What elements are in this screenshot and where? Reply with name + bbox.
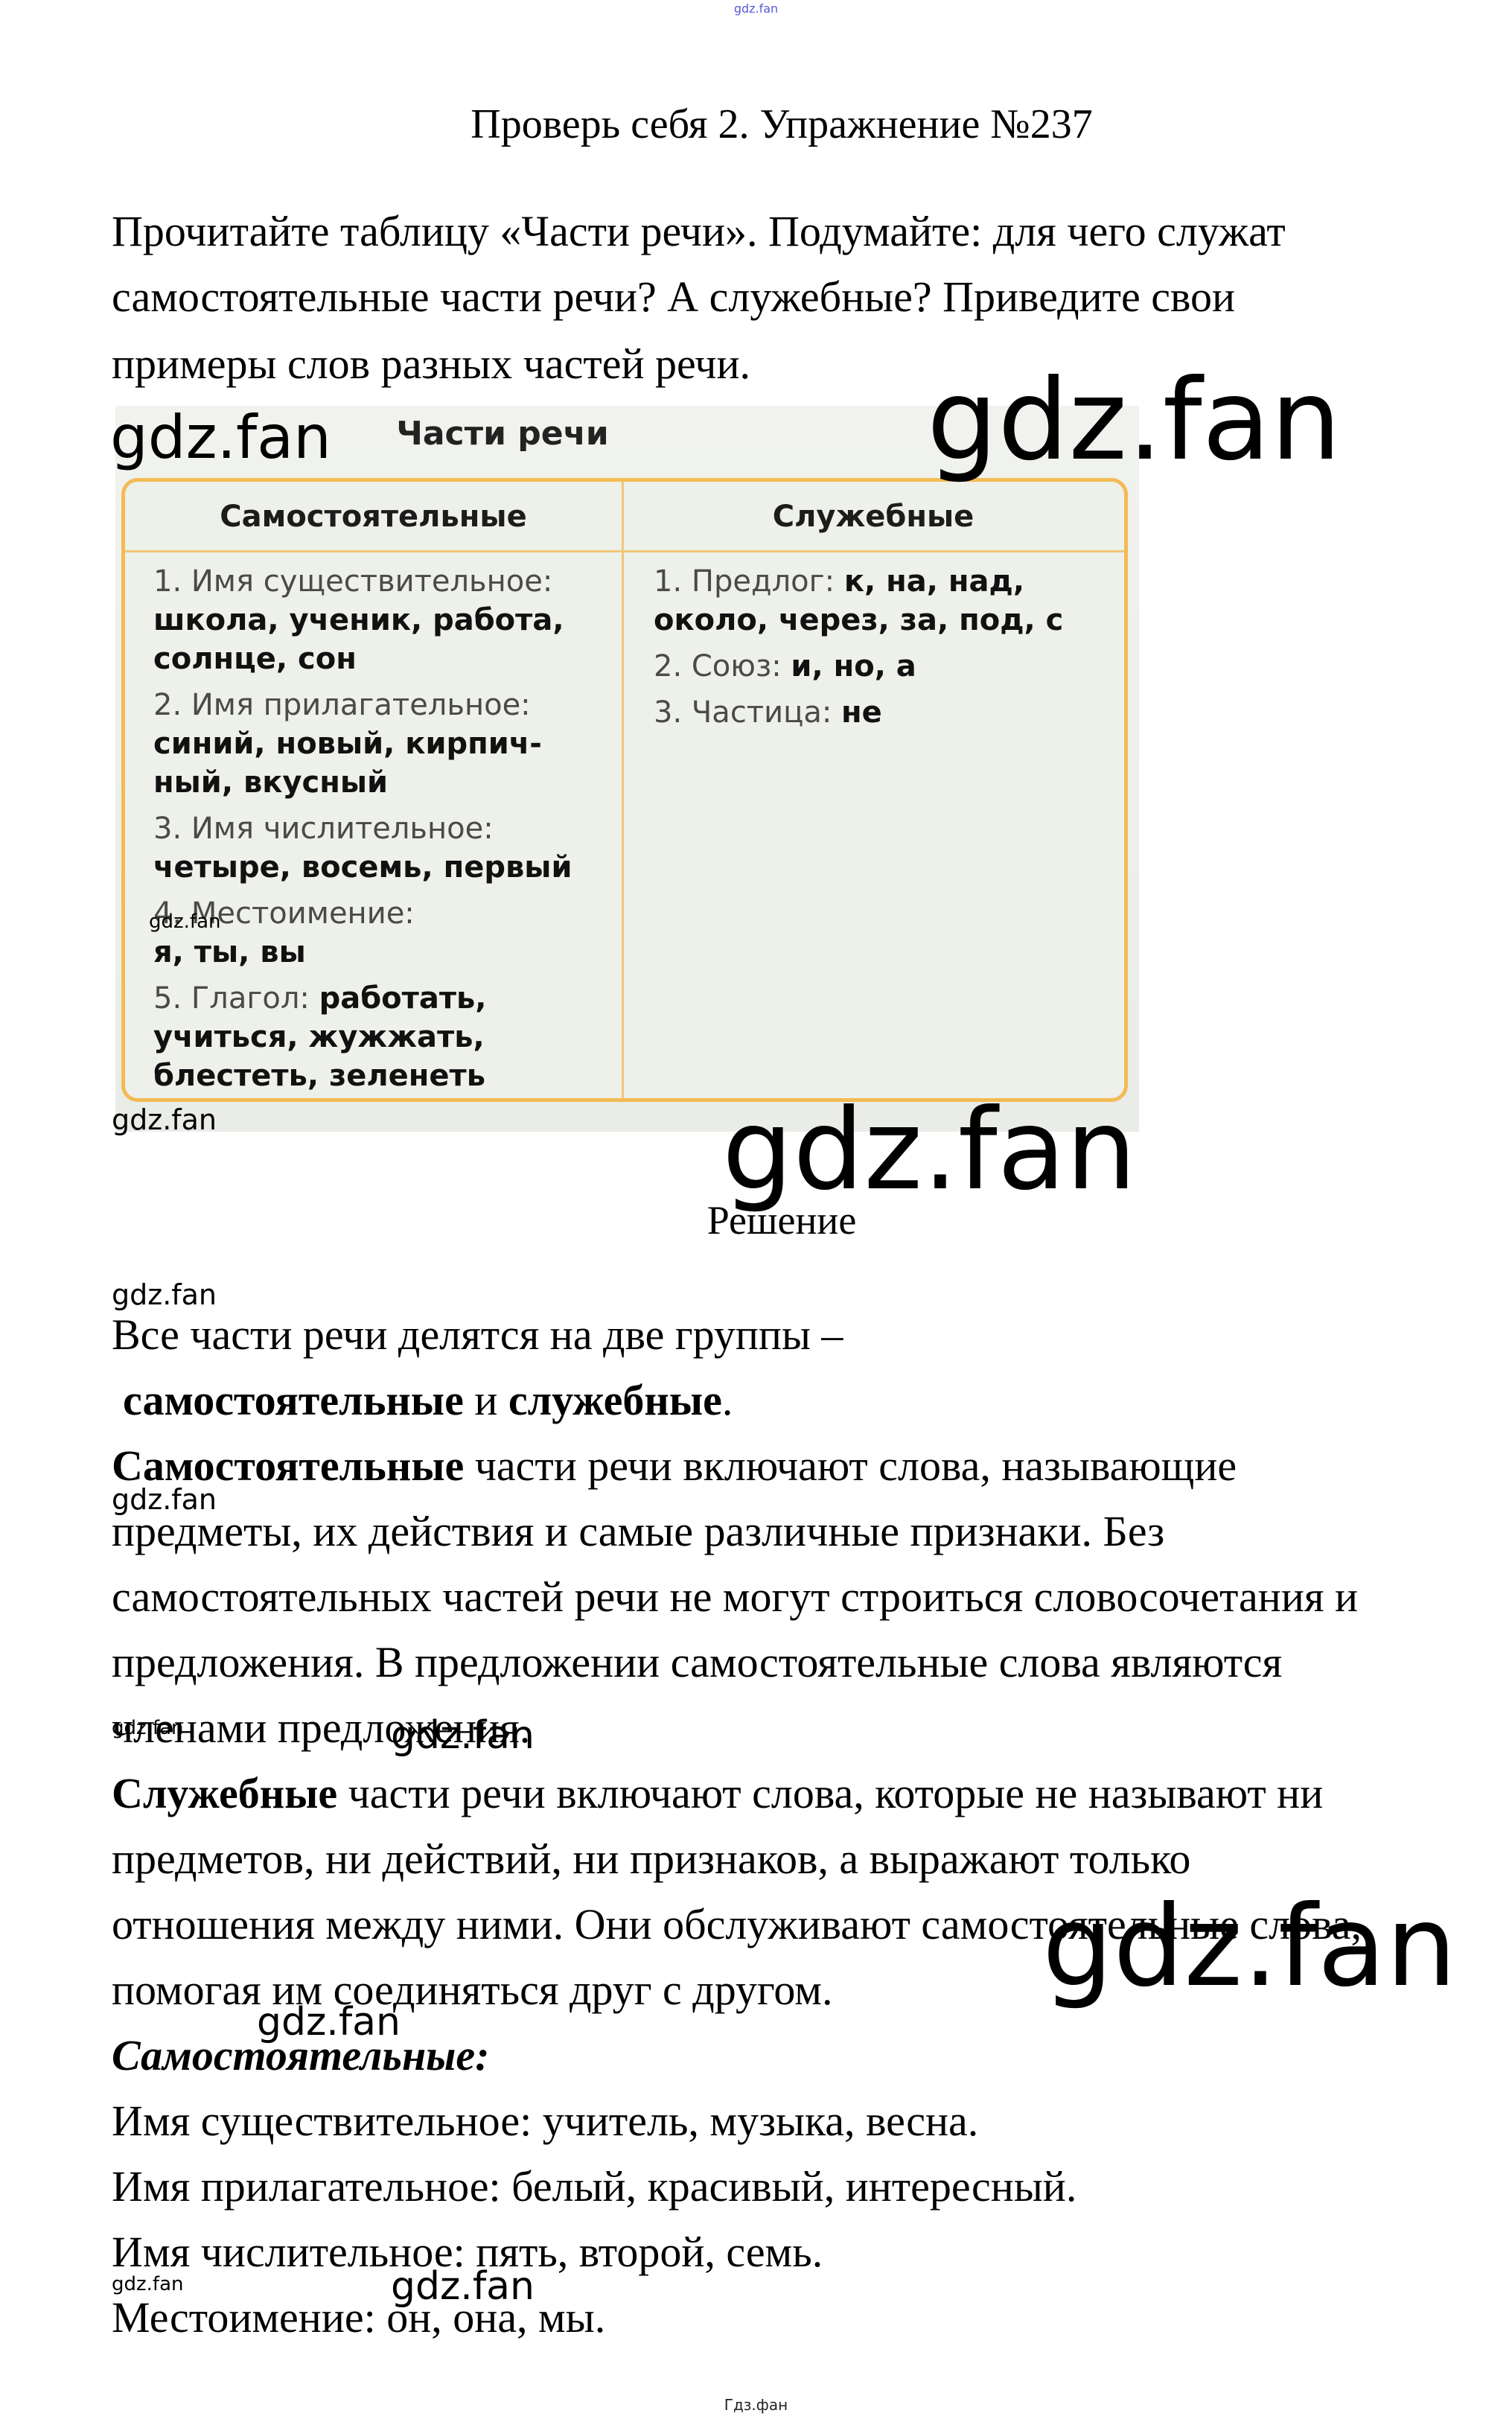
independent-line-3: самостоятельных частей речи не могут стр…: [112, 1575, 1358, 1619]
watermark: gdz.fan: [112, 2275, 183, 2294]
watermark: gdz.fan: [722, 1094, 1137, 1206]
column-heading-independent: Самостоятельные: [125, 500, 622, 534]
watermark: gdz.fan: [1042, 1891, 1457, 2003]
auxiliary-line-1: Служебные части речи включают слова, кот…: [112, 1772, 1323, 1815]
watermark: gdz.fan: [112, 1281, 217, 1309]
watermark: gdz.fan: [112, 1718, 183, 1738]
column-auxiliary: 1. Предлог: к, на, над, около, через, за…: [654, 562, 1100, 739]
table-column-divider: [622, 482, 624, 1098]
table-item: 2. Имя прилагательное: синий, новый, кир…: [153, 686, 600, 802]
solution-intro-groups: самостоятельные и служебные.: [123, 1379, 733, 1422]
watermark: gdz.fan: [927, 365, 1342, 477]
table-header-divider: [125, 550, 1124, 552]
table-item: 1. Имя существительное: школа, ученик, р…: [153, 562, 600, 678]
solution-heading: Решение: [0, 1199, 1512, 1242]
watermark: gdz.fan: [391, 1716, 535, 1755]
independent-line-4: предложения. В предложении самостоятельн…: [112, 1641, 1282, 1684]
footer-watermark: Гдз.фан: [0, 2396, 1512, 2414]
table-item: 5. Глагол: работать, учиться, жужжать, б…: [153, 979, 600, 1095]
solution-intro-line: Все части речи делятся на две группы –: [112, 1313, 843, 1357]
watermark: gdz.fan: [112, 1106, 217, 1134]
top-watermark: gdz.fan: [0, 1, 1512, 16]
page-title: Проверь себя 2. Упражнение №237: [0, 101, 1512, 148]
column-independent: 1. Имя существительное: школа, ученик, р…: [153, 562, 600, 1103]
task-line-2: самостоятельные части речи? А служебные?…: [112, 275, 1235, 319]
example-adjective: Имя прилагательное: белый, красивый, инт…: [112, 2165, 1076, 2208]
watermark: gdz.fan: [149, 912, 220, 931]
table-item: 4. Местоимение:я, ты, вы: [153, 894, 600, 972]
table-item: 3. Частица: не: [654, 693, 1100, 732]
independent-line-2: предметы, их действия и самые различные …: [112, 1510, 1164, 1553]
textbook-table-image: Части речи Самостоятельные Служебные 1. …: [115, 406, 1139, 1132]
task-line-1: Прочитайте таблицу «Части речи». Подумай…: [112, 210, 1286, 253]
example-noun: Имя существительное: учитель, музыка, ве…: [112, 2100, 978, 2143]
independent-line-1: Самостоятельные части речи включают слов…: [112, 1444, 1237, 1488]
table-frame: Самостоятельные Служебные 1. Имя существ…: [121, 478, 1128, 1102]
table-item: 1. Предлог: к, на, над, около, через, за…: [654, 562, 1100, 640]
auxiliary-line-2: предметов, ни действий, ни признаков, а …: [112, 1838, 1190, 1881]
task-line-3: примеры слов разных частей речи.: [112, 342, 750, 386]
examples-heading: Самостоятельные:: [112, 2034, 489, 2077]
table-item: 3. Имя числительное: четыре, восемь, пер…: [153, 809, 600, 887]
watermark: gdz.fan: [110, 408, 331, 468]
column-heading-auxiliary: Служебные: [624, 500, 1123, 534]
example-pronoun: Местоимение: он, она, мы.: [112, 2296, 605, 2339]
table-item: 2. Союз: и, но, а: [654, 647, 1100, 686]
auxiliary-line-4: помогая им соединяться друг с другом.: [112, 1969, 832, 2012]
